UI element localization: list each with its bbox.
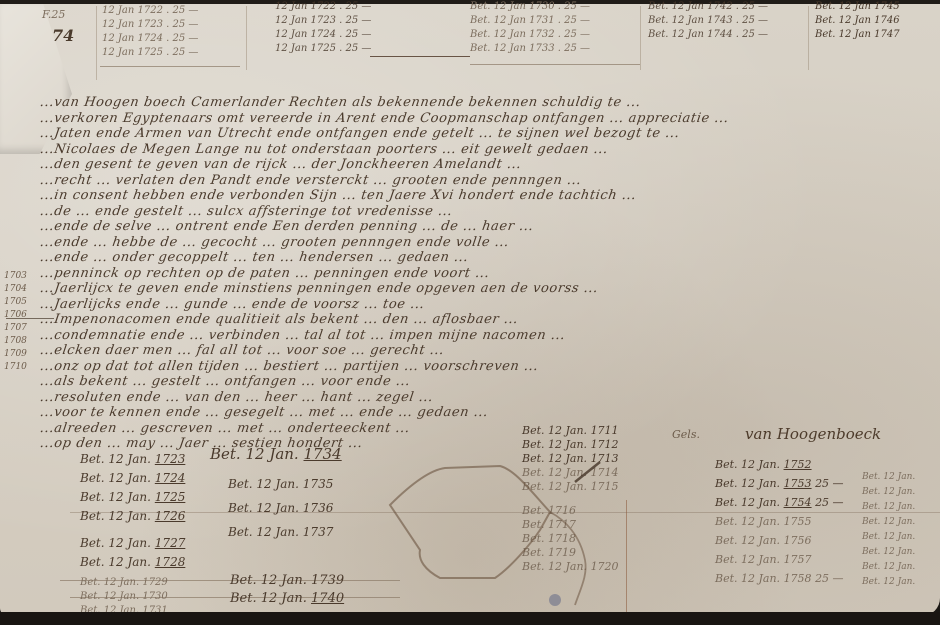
body-line: ...als bekent ... gestelt ... ontfangen … <box>40 374 920 390</box>
ledger-rule <box>808 6 809 70</box>
ledger-rule <box>640 6 641 70</box>
body-line: ...condemnatie ende ... verbinden ... ta… <box>40 328 920 344</box>
body-line: ...van Hoogen boech Camerlander Rechten … <box>40 95 920 111</box>
body-line: ...in consent hebben ende verbonden Sijn… <box>40 188 920 204</box>
body-line: ...elcken daer men ... fal all tot ... v… <box>40 343 920 359</box>
payment-entry: Bet. 12 Jan. 1757 <box>715 550 844 569</box>
payment-entry: Bet. 12 Jan. 1728 <box>80 553 185 572</box>
top-ledger-left: 12 Jan 1722 . 25 — 12 Jan 1723 . 25 — 12… <box>102 4 198 60</box>
margin-rule <box>6 318 54 319</box>
top-ledger-far-right: Bet. 12 Jan 1745 Bet. 12 Jan 1746 Bet. 1… <box>815 0 900 42</box>
payment-entry: Bet. 12 Jan. 1736 <box>228 496 333 520</box>
left-margin-notes: 1703 1704 1705 1706 1707 1708 1709 1710 <box>4 270 27 374</box>
photo-border-bottom <box>0 612 940 625</box>
manuscript-body: ...van Hoogen boech Camerlander Rechten … <box>40 95 920 452</box>
top-ledger-right: Bet. 12 Jan 1742 . 25 — Bet. 12 Jan 1743… <box>648 0 768 42</box>
payment-entry: Bet. 12 Jan. 1753 25 — <box>715 474 844 493</box>
ledger-rule <box>96 6 97 80</box>
payment-entry-large: Bet. 12 Jan. 1734 <box>210 445 342 463</box>
body-line: ...den gesent te geven van de rijck ... … <box>40 157 920 173</box>
body-line: ...voor te kennen ende ... gesegelt ... … <box>40 405 920 421</box>
payment-entry: Bet. 12 Jan. 1755 <box>715 512 844 531</box>
ledger-rule <box>470 64 640 65</box>
payment-entry: Bet. 12 Jan. 1730 <box>80 590 185 604</box>
ledger-rule <box>246 6 247 70</box>
body-line: ...recht ... verlaten den Pandt ende ver… <box>40 173 920 189</box>
payments-center: Bet. 12 Jan. 1735 Bet. 12 Jan. 1736 Bet.… <box>228 472 333 544</box>
payment-entry: Bet. 12 Jan. 1752 <box>715 455 844 474</box>
right-margin-notes: Bet. 12 Jan. Bet. 12 Jan. Bet. 12 Jan. B… <box>862 470 915 590</box>
payment-entry: Bet. 12 Jan. 1723 <box>80 450 185 469</box>
payment-entry: Bet. 12 Jan. 1711 <box>522 424 619 438</box>
top-ledger-middle-left: 12 Jan 1722 . 25 — 12 Jan 1723 . 25 — 12… <box>275 0 371 56</box>
payment-entry: Bet. 12 Jan. 1756 <box>715 531 844 550</box>
payment-entry: Bet. 12 Jan. 1729 <box>80 576 185 590</box>
body-line: ...penninck op rechten op de paten ... p… <box>40 266 920 282</box>
payment-entry: Bet. 12 Jan. 1737 <box>228 520 333 544</box>
body-line: ...ende ... onder gecoppelt ... ten ... … <box>40 250 920 266</box>
payment-entry: Bet. 12 Jan. 1724 <box>80 469 185 488</box>
body-line: ...Nicolaes de Megen Lange nu tot onders… <box>40 142 920 158</box>
payment-entry: Bet. 12 Jan. 1726 <box>80 507 185 526</box>
body-line: ...Jaerlijcks ende ... gunde ... ende de… <box>40 297 920 313</box>
payments-center-bottom: Bet. 12 Jan. 1739 Bet. 12 Jan. 1740 <box>230 572 344 608</box>
signature: van Hoogenboeck <box>745 425 881 443</box>
payment-entry: Bet. 12 Jan. 1754 25 — <box>715 493 844 512</box>
folio-number: 74 <box>52 26 74 45</box>
body-line: ...Impenonacomen ende qualitieit als bek… <box>40 312 920 328</box>
body-line: ...Jaerlijcx te geven ende minstiens pen… <box>40 281 920 297</box>
ledger-underline <box>370 56 470 57</box>
body-line: ...ende de selve ... ontrent ende Een de… <box>40 219 920 235</box>
body-line: ...verkoren Egyptenaars omt vereerde in … <box>40 111 920 127</box>
payment-entry: Bet. 12 Jan. 1740 <box>230 590 344 608</box>
payments-left: Bet. 12 Jan. 1723 Bet. 12 Jan. 1724 Bet.… <box>80 450 185 618</box>
body-line: ...de ... ende gestelt ... sulcx affster… <box>40 204 920 220</box>
ledger-rule <box>100 66 240 67</box>
payment-entry: Bet. 12 Jan. 1758 25 — <box>715 569 844 588</box>
seal-stain-outline <box>380 450 640 620</box>
body-line: ...resoluten ende ... van den ... heer .… <box>40 390 920 406</box>
payment-entry: Bet. 12 Jan. 1735 <box>228 472 333 496</box>
payment-entry: Bet. 12 Jan. 1725 <box>80 488 185 507</box>
top-ledger-middle: Bet. 12 Jan 1730 . 25 — Bet. 12 Jan 1731… <box>470 0 590 56</box>
payments-right: Bet. 12 Jan. 1752 Bet. 12 Jan. 1753 25 —… <box>715 455 844 588</box>
payment-entry: Bet. 12 Jan. 1739 <box>230 572 344 590</box>
signature-prefix: Gels. <box>672 428 700 441</box>
body-line: ...ende ... hebbe de ... gecocht ... gro… <box>40 235 920 251</box>
corner-mark: F.25 <box>42 8 65 21</box>
payment-entry: Bet. 12 Jan. 1727 <box>80 534 185 553</box>
body-line: ...onz op dat tot allen tijden ... besti… <box>40 359 920 375</box>
body-line: ...Jaten ende Armen van Utrecht ende ont… <box>40 126 920 142</box>
